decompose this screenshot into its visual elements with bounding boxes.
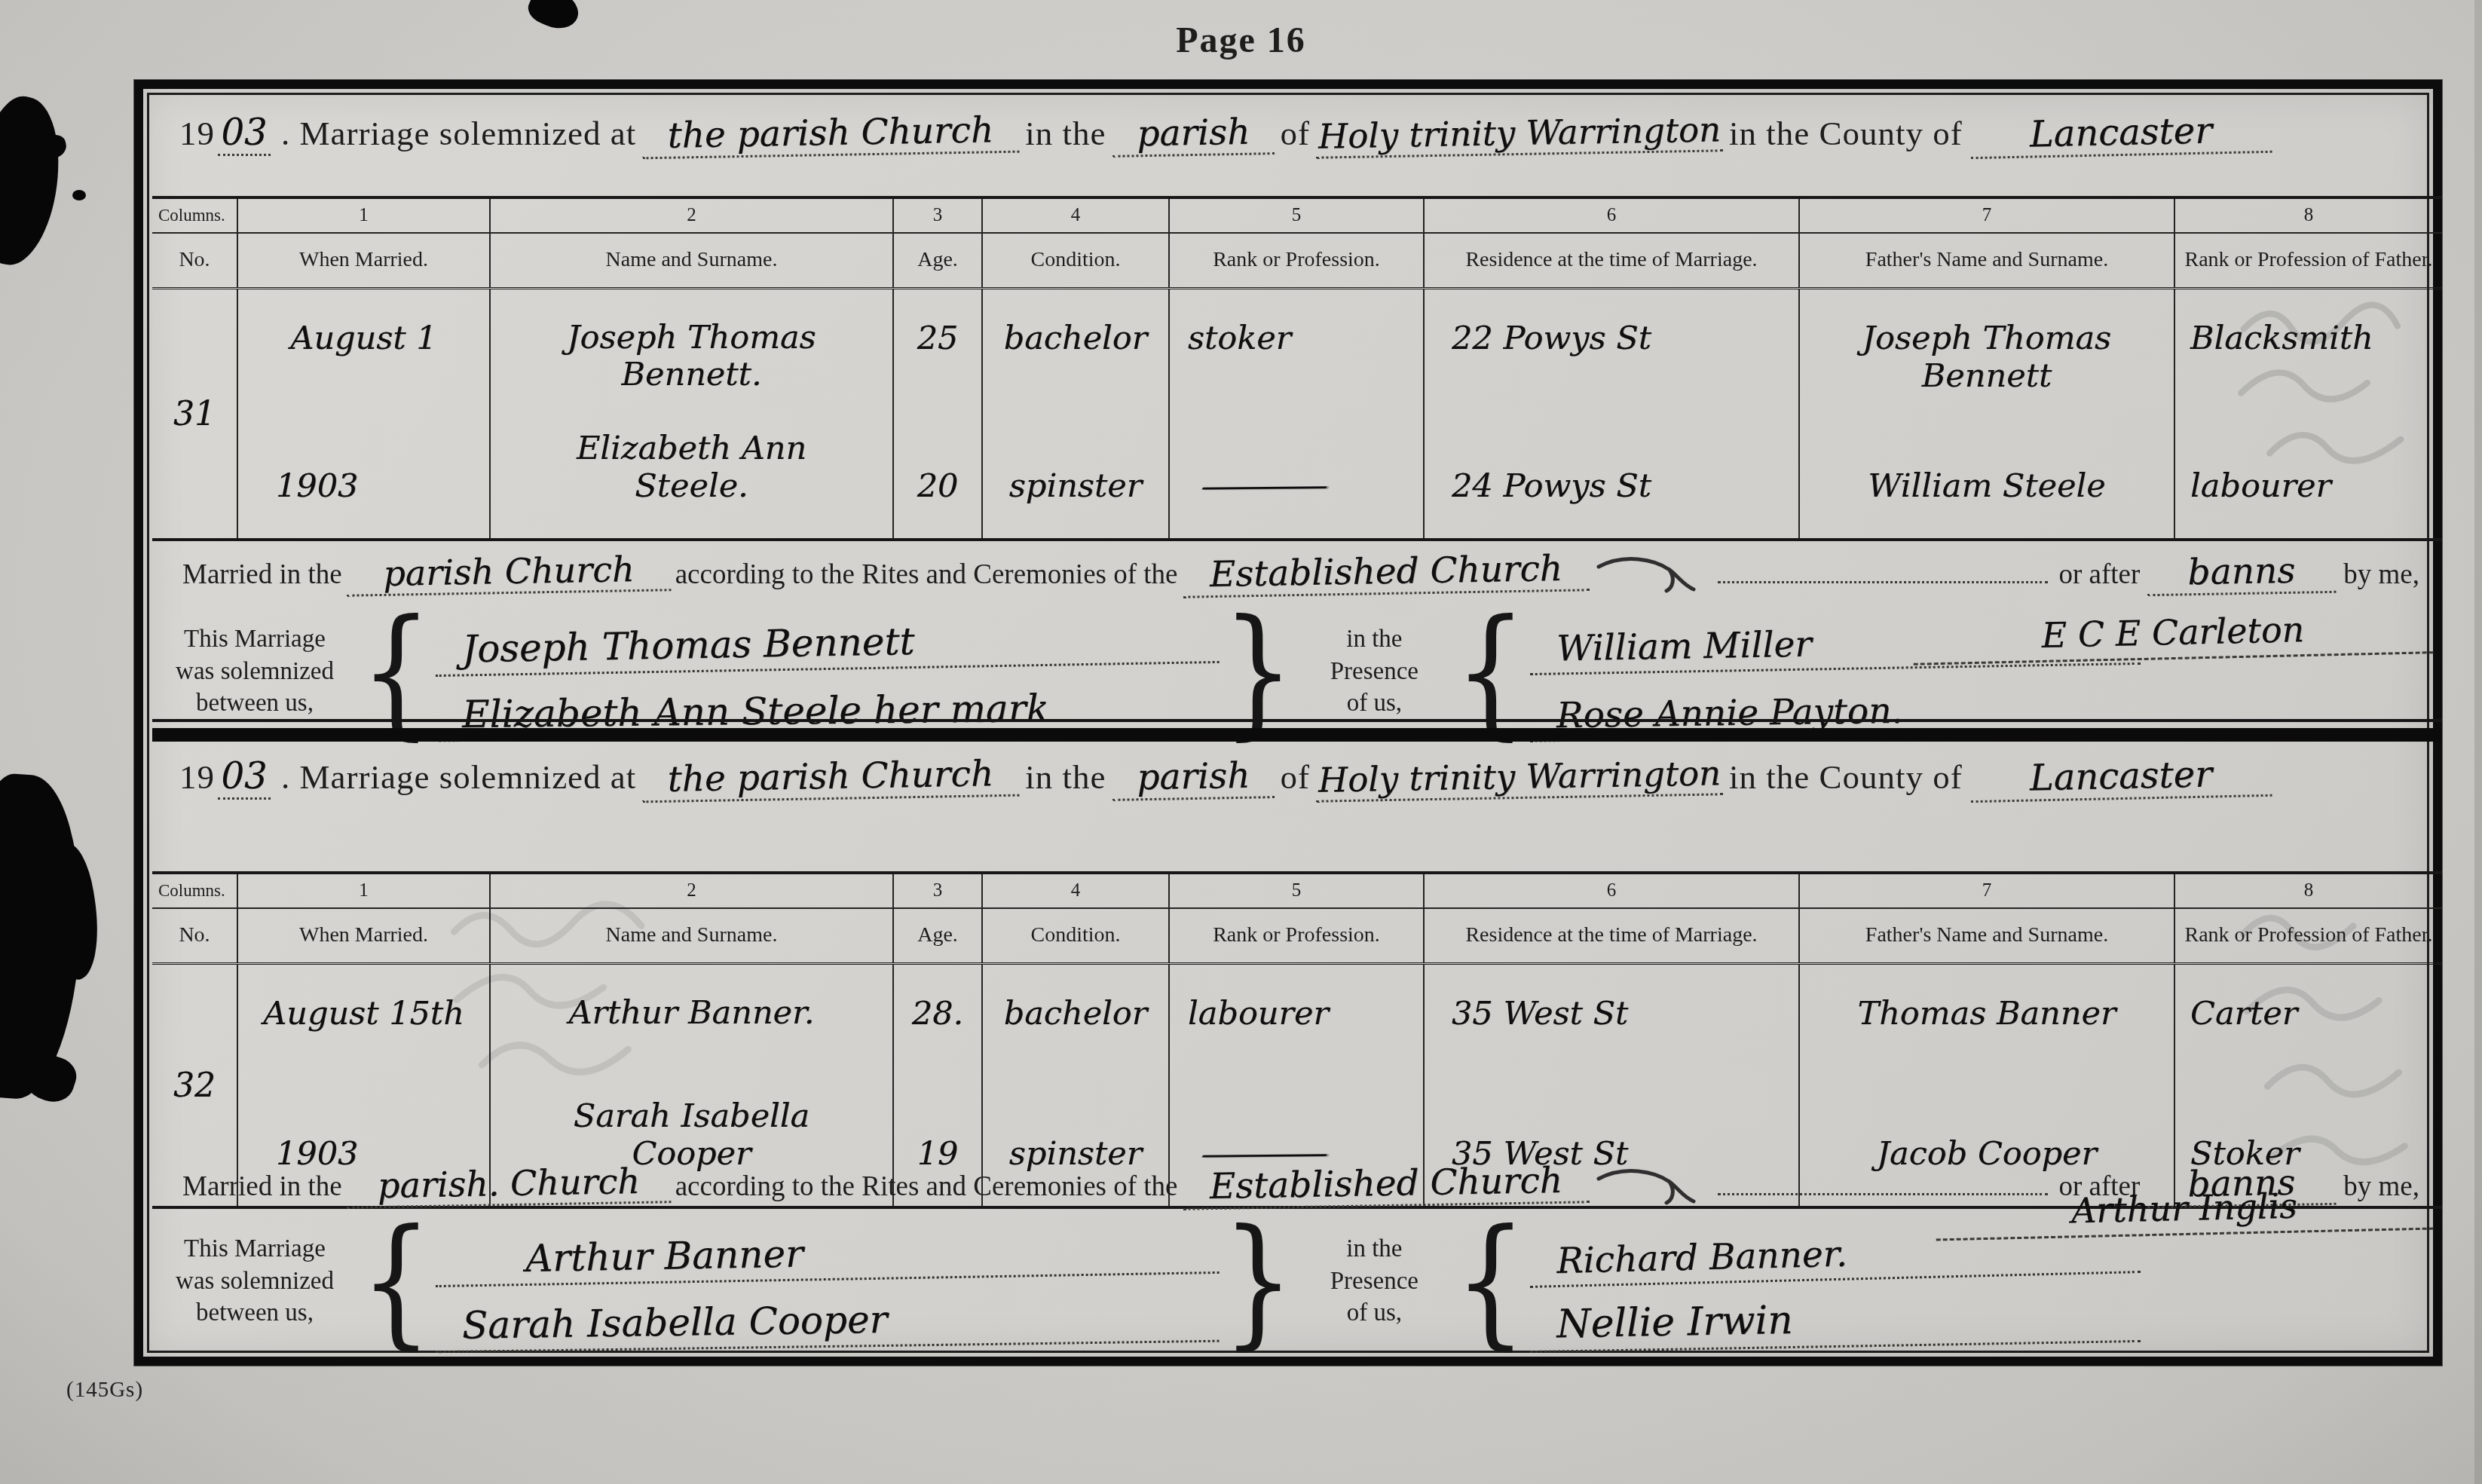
- year-prefix: 19: [179, 757, 215, 797]
- this-marriage-line3: between us,: [152, 687, 357, 720]
- groom-signature: Joseph Thomas Bennett: [435, 600, 1220, 677]
- bride-father: William Steele: [1800, 467, 2174, 535]
- col-num-7: 7: [1798, 199, 2174, 232]
- or-after-label: or after: [2058, 558, 2140, 591]
- header-rank: Rank or Profession.: [1168, 909, 1423, 962]
- banns-handwritten: banns: [2147, 549, 2337, 596]
- groom-residence: 22 Powys St: [1425, 292, 1798, 357]
- header-condition: Condition.: [981, 234, 1168, 287]
- presence-label: in the Presence of us,: [1297, 623, 1452, 721]
- county-label: in the County of: [1729, 114, 1963, 153]
- bleed-through-writing: [409, 858, 706, 1116]
- ink-blot: [0, 91, 72, 271]
- bride-signature: Sarah Isabella Cooper: [435, 1278, 1220, 1353]
- father-name-cell: Joseph Thomas Bennett William Steele: [1798, 289, 2174, 538]
- col-num-6: 6: [1423, 874, 1798, 907]
- witness-2-signature: Nellie Irwin: [1529, 1278, 2141, 1352]
- col-num-5: 5: [1168, 199, 1423, 232]
- according-label: according to the Rites and Ceremonies of…: [675, 1170, 1178, 1203]
- groom-rank: stoker: [1170, 292, 1423, 357]
- groom-age: 28.: [894, 968, 981, 1033]
- scanned-marriage-register-page: Page 16 19 03 . Marriage solemnized at t…: [0, 0, 2482, 1484]
- col-num-4: 4: [981, 199, 1168, 232]
- record-31-married-line: Married in the parish Church according t…: [152, 538, 2442, 601]
- name-cell: Joseph Thomas Bennett. Elizabeth Ann Ste…: [489, 289, 892, 538]
- header-no: No.: [152, 909, 237, 962]
- record-32-headline: 19 03 . Marriage solemnized at the paris…: [152, 755, 2442, 815]
- groom-signature: Arthur Banner: [435, 1210, 1220, 1287]
- groom-father: Joseph Thomas Bennett: [1836, 292, 2138, 395]
- plate-code: (145Gs): [66, 1378, 143, 1403]
- bride-when-married: 1903: [238, 467, 489, 535]
- of-label: of: [1281, 114, 1311, 153]
- married-in-label: Married in the: [182, 1170, 342, 1203]
- page-title: Page 16: [0, 20, 2482, 61]
- place-handwritten: the parish Church: [642, 753, 1020, 803]
- year-handwritten: 03: [218, 112, 271, 156]
- place-handwritten: the parish Church: [642, 109, 1020, 160]
- presence-line2: Presence: [1297, 1265, 1452, 1298]
- presence-line3: of us,: [1297, 687, 1452, 720]
- header-residence: Residence at the time of Marriage.: [1423, 909, 1798, 962]
- parish-handwritten: parish: [1112, 111, 1275, 158]
- groom-name: Joseph Thomas Bennett.: [534, 292, 850, 394]
- record-31-table: Columns. 1 2 3 4 5 6 7 8 No. When Marrie…: [152, 196, 2442, 541]
- header-condition: Condition.: [981, 909, 1168, 962]
- header-father: Father's Name and Surname.: [1798, 909, 2174, 962]
- bride-name: Elizabeth Ann Steele.: [541, 430, 843, 535]
- solemnized-label: . Marriage solemnized at: [281, 757, 636, 797]
- presence-line1: in the: [1297, 1233, 1452, 1265]
- condition-cell: bachelor spinster: [981, 289, 1168, 538]
- col-num-6: 6: [1423, 199, 1798, 232]
- col-num-3: 3: [892, 874, 981, 907]
- county-handwritten: Lancaster: [1969, 752, 2272, 803]
- in-the-label: in the: [1025, 114, 1106, 153]
- this-marriage-line2: was solemnized: [152, 1265, 357, 1298]
- col-num-4: 4: [981, 874, 1168, 907]
- bride-residence: 24 Powys St: [1425, 467, 1798, 535]
- ink-flourish: [1594, 552, 1707, 594]
- record-32-signatures: This Marriage was solemnized between us,…: [152, 1213, 2442, 1349]
- columns-label: Columns.: [152, 199, 237, 232]
- residence-cell: 22 Powys St 24 Powys St: [1423, 289, 1798, 538]
- column-numbers-row: Columns. 1 2 3 4 5 6 7 8: [152, 199, 2442, 234]
- bride-age: 20: [894, 467, 981, 535]
- groom-rank: labourer: [1170, 968, 1423, 1033]
- groom-condition: bachelor: [983, 968, 1168, 1033]
- county-label: in the County of: [1729, 757, 1963, 797]
- bride-rank-dash: —: [1193, 467, 1335, 505]
- presence-label: in the Presence of us,: [1297, 1233, 1452, 1330]
- this-marriage-line2: was solemnized: [152, 656, 357, 688]
- entry-number: 31: [152, 289, 237, 538]
- records-divider: [152, 719, 2442, 742]
- when-married-cell: August 1 1903: [237, 289, 489, 538]
- header-name-surname: Name and Surname.: [489, 234, 892, 287]
- parish-name-handwritten: Holy trinity Warrington: [1316, 109, 1724, 158]
- of-label: of: [1281, 757, 1311, 797]
- column-headers-row: No. When Married. Name and Surname. Age.…: [152, 234, 2442, 289]
- rank-cell: stoker —: [1168, 289, 1423, 538]
- this-marriage-label: This Marriage was solemnized between us,: [152, 623, 357, 721]
- col-num-8: 8: [2174, 199, 2442, 232]
- presence-line2: Presence: [1297, 656, 1452, 688]
- header-age: Age.: [892, 909, 981, 962]
- divider-thick-rule: [152, 728, 2442, 742]
- header-rank: Rank or Profession.: [1168, 234, 1423, 287]
- col-num-1: 1: [237, 199, 489, 232]
- presence-line3: of us,: [1297, 1297, 1452, 1329]
- by-me-label: by me,: [2343, 558, 2419, 591]
- bleed-through-writing: [2214, 877, 2474, 1189]
- county-handwritten: Lancaster: [1969, 109, 2272, 159]
- register-form: 19 03 . Marriage solemnized at the paris…: [134, 80, 2442, 1366]
- parish-name-handwritten: Holy trinity Warrington: [1316, 753, 1724, 802]
- bride-condition: spinster: [983, 467, 1168, 535]
- blank-rule: [1718, 544, 2049, 583]
- groom-father: Thomas Banner: [1800, 968, 2174, 1033]
- in-the-label: in the: [1025, 757, 1106, 797]
- left-brace: {: [360, 1210, 432, 1352]
- age-cell: 25 20: [892, 289, 981, 538]
- this-marriage-label: This Marriage was solemnized between us,: [152, 1233, 357, 1330]
- col-num-2: 2: [489, 199, 892, 232]
- this-marriage-line1: This Marriage: [152, 623, 357, 656]
- right-brace: }: [1222, 1210, 1293, 1352]
- presence-line1: in the: [1297, 623, 1452, 656]
- header-residence: Residence at the time of Marriage.: [1423, 234, 1798, 287]
- year-handwritten: 03: [218, 755, 271, 800]
- record-31-headline: 19 03 . Marriage solemnized at the paris…: [152, 112, 2442, 172]
- groom-when-married: August 1: [238, 292, 489, 357]
- col-num-3: 3: [892, 199, 981, 232]
- header-father: Father's Name and Surname.: [1798, 234, 2174, 287]
- couple-signatures: Arthur Banner Sarah Isabella Cooper: [435, 1213, 1219, 1349]
- groom-condition: bachelor: [983, 292, 1168, 357]
- header-age: Age.: [892, 234, 981, 287]
- according-label: according to the Rites and Ceremonies of…: [675, 558, 1178, 591]
- record-31-data-row: 31 August 1 1903 Joseph Thomas Bennett. …: [152, 289, 2442, 538]
- witness-brace: {: [1455, 1210, 1526, 1352]
- ink-blot: [72, 190, 86, 200]
- ink-flourish: [1594, 1164, 1707, 1206]
- married-in-label: Married in the: [182, 558, 342, 591]
- groom-residence: 35 West St: [1425, 968, 1798, 1033]
- col-num-5: 5: [1168, 874, 1423, 907]
- solemnized-label: . Marriage solemnized at: [281, 114, 636, 153]
- this-marriage-line3: between us,: [152, 1297, 357, 1329]
- col-num-7: 7: [1798, 874, 2174, 907]
- divider-thin-rule: [152, 719, 2442, 722]
- marriage-record-31: 19 03 . Marriage solemnized at the paris…: [152, 112, 2442, 172]
- this-marriage-line1: This Marriage: [152, 1233, 357, 1265]
- blank-rule: [1718, 1156, 2049, 1195]
- scan-edge-shadow: [2474, 0, 2482, 1484]
- year-prefix: 19: [179, 114, 215, 153]
- bleed-through-writing: [2211, 274, 2462, 510]
- header-no: No.: [152, 234, 237, 287]
- groom-age: 25: [894, 292, 981, 357]
- parish-handwritten: parish: [1112, 754, 1275, 801]
- header-when-married: When Married.: [237, 234, 489, 287]
- columns-label: Columns.: [152, 874, 237, 907]
